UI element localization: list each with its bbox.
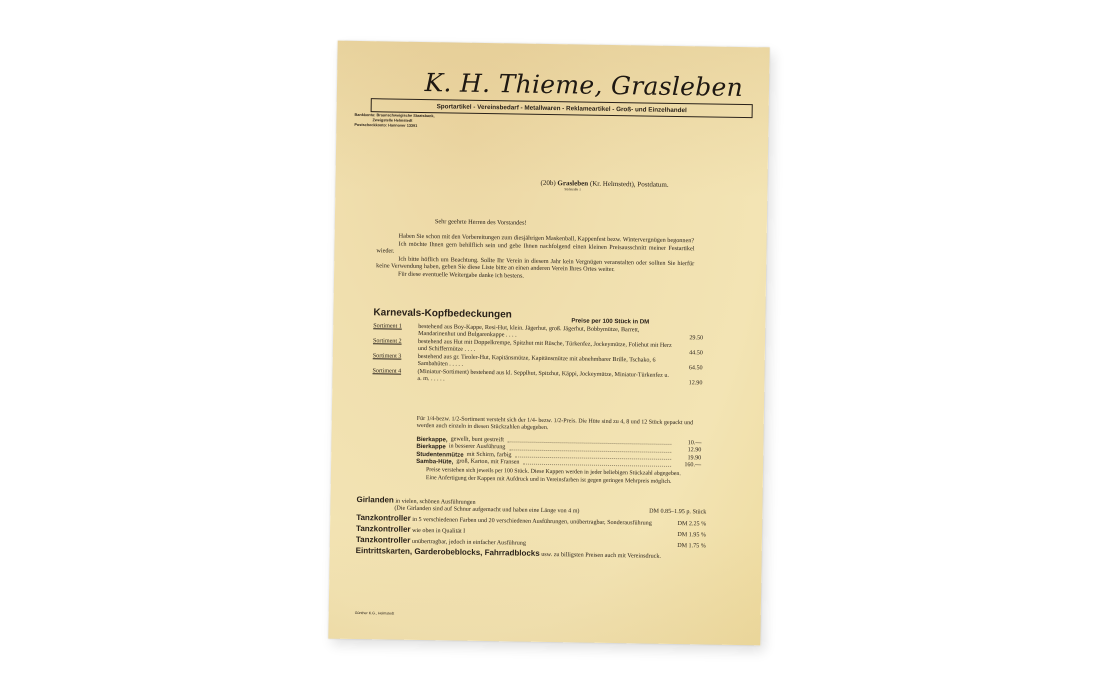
item-price: DM 2.25 % (678, 521, 707, 528)
sortiment-label: Sortiment 2 (373, 338, 418, 352)
bank-details: Bankkonto: Braunschweigische Staatsbank,… (354, 113, 434, 129)
sortiment-price: 29.50 (675, 335, 703, 342)
caps-list: Bierkappe, gewellt, bunt gestreift 10.— … (416, 436, 701, 470)
sortiment-label: Sortiment 3 (373, 353, 418, 367)
item-title: Girlanden (356, 495, 393, 505)
address-street: Südstraße 1 (564, 187, 580, 191)
section-title: Karnevals-Kopfbedeckungen (373, 307, 512, 320)
sortiment-price: 64.50 (675, 365, 703, 372)
cap-price: 160.— (675, 462, 701, 470)
item-title: Tanzkontroller (356, 535, 411, 545)
caps-notes: Preise verstehen sich jeweils per 100 St… (416, 467, 686, 486)
sortiment-label: Sortiment 1 (373, 323, 418, 337)
item-title: Eintrittskarten, Garderobeblocks, Fahrra… (356, 546, 540, 558)
leader-dots (508, 437, 672, 445)
item-desc: usw. zu billigsten Preisen auch mit Vere… (541, 552, 661, 560)
item-desc: wie oben in Qualität I (412, 528, 465, 535)
postal-prefix: (20b) (540, 179, 555, 187)
item-title: Tanzkontroller (356, 524, 411, 534)
other-items-list: Girlanden in vielen, schönen Ausführunge… (356, 496, 707, 563)
intro-text: Haben Sie schon mit den Vorbereitungen z… (376, 232, 695, 284)
bank-line: Postscheckkonto: Hannover 13391 (354, 123, 434, 129)
item-desc: in vielen, schönen Ausführungen (395, 499, 475, 506)
printer-imprint: Günther K.G., Helmstedt (355, 611, 394, 616)
sortiment-desc: (Miniatur-Sortiment) bestehend aus kl. S… (417, 369, 674, 387)
sortiment-price: 12.90 (674, 380, 702, 387)
price-header: Preise per 100 Stück in DM (571, 317, 649, 325)
item-price: DM 1.75 % (677, 543, 706, 550)
leader-dots (509, 445, 671, 453)
item-title: Tanzkontroller (356, 513, 411, 523)
letter-document: K. H. Thieme, Grasleben Sportartikel - V… (328, 41, 769, 646)
sortiment-price: 44.50 (675, 350, 703, 357)
address-city: Grasleben (557, 179, 588, 187)
item-desc: in 5 verschiedenen Farben und 20 verschi… (412, 517, 652, 527)
item-price: DM 1.95 % (677, 532, 706, 539)
sortiment-list: Sortiment 1 bestehend aus Boy-Kappe, Res… (372, 323, 703, 389)
company-name: K. H. Thieme, Grasleben (424, 68, 743, 102)
item-desc: unübertragbar, jedoch in einfacher Ausfü… (412, 539, 526, 547)
address-rest: (Kr. Helmstedt), Postdatum. (590, 180, 669, 189)
sortiment-note: Für 1/4-bezw. 1/2-Sortiment versteht sic… (417, 416, 702, 434)
leader-dots (523, 460, 671, 468)
cap-name: Samba-Hüte, (416, 458, 453, 466)
sender-address: (20b) Grasleben (Kr. Helmstedt), Postdat… (540, 179, 668, 189)
leader-dots (515, 452, 671, 460)
cap-desc: groß, Karton, mit Fransen (456, 458, 519, 466)
item-price: DM 0.85–1.95 p. Stück (649, 509, 706, 517)
salutation: Sehr geehrte Herren des Vorstandes! (435, 218, 527, 226)
sortiment-label: Sortiment 4 (372, 369, 417, 383)
